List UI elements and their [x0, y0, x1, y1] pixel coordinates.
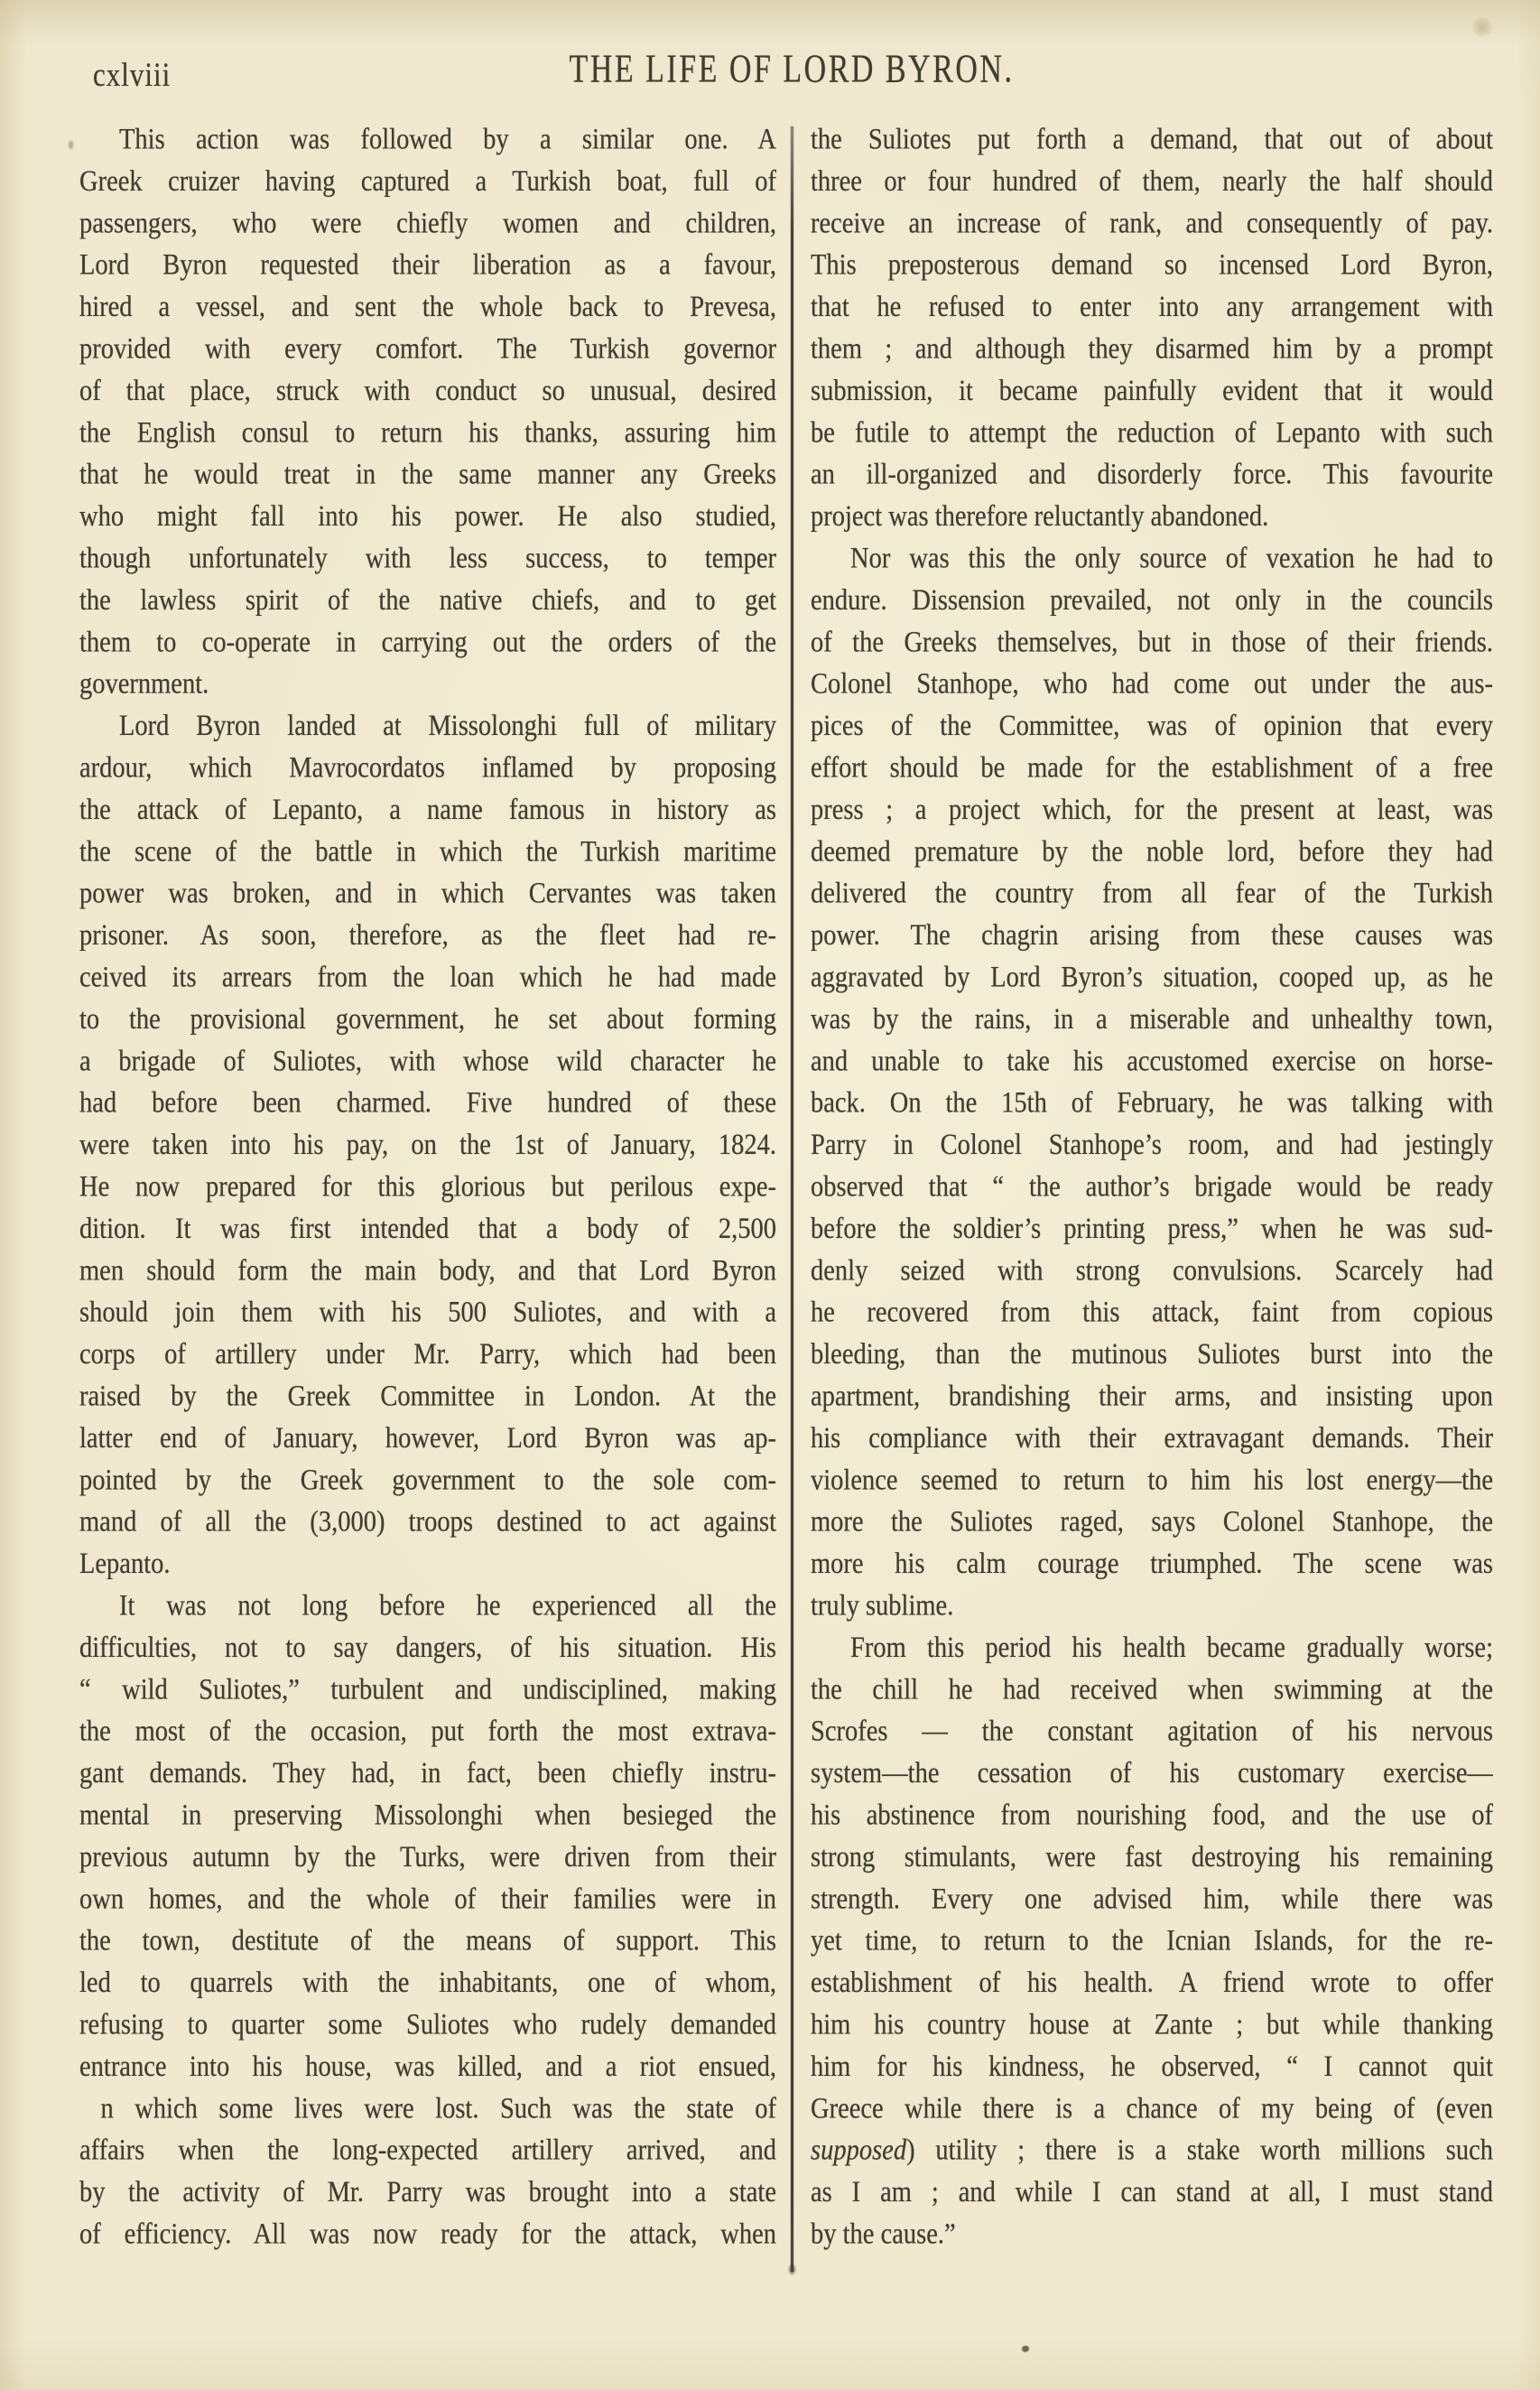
page-number: cxlviii	[93, 56, 171, 94]
text-line: the chill he had received when swimming …	[811, 1669, 1493, 1711]
text-line: Parry in Colonel Stanhope’s room, and ha…	[811, 1125, 1493, 1167]
text-line: previous autumn by the Turks, were drive…	[79, 1837, 776, 1878]
text-line: deemed premature by the noble lord, befo…	[811, 832, 1493, 873]
text-line: delivered the country from all fear of t…	[811, 873, 1493, 915]
text-line: passengers, who were chiefly women and c…	[79, 203, 776, 245]
text-line: an ill-organized and disorderly force. T…	[811, 454, 1493, 496]
text-line: Greek cruizer having captured a Turkish …	[79, 161, 776, 202]
text-line: This preposterous demand so incensed Lor…	[811, 245, 1493, 286]
text-line: by the cause.”	[811, 2214, 1493, 2255]
text-line: truly sublime.	[811, 1586, 1493, 1627]
text-line: them to co-operate in carrying out the o…	[79, 622, 776, 664]
text-line: the most of the occasion, put forth the …	[79, 1711, 776, 1753]
text-line: was by the rains, in a miserable and unh…	[811, 999, 1493, 1040]
text-line: though unfortunately with less success, …	[79, 538, 776, 580]
ink-speck-margin	[69, 141, 73, 149]
text-line: the town, destitute of the means of supp…	[79, 1920, 776, 1962]
text-line: of efficiency. All was now ready for the…	[79, 2214, 776, 2255]
text-line: more the Suliotes raged, says Colonel St…	[811, 1502, 1493, 1543]
text-line: mental in preserving Missolonghi when be…	[79, 1795, 776, 1837]
text-line: Colonel Stanhope, who had come out under…	[811, 664, 1493, 705]
text-line: This action was followed by a similar on…	[79, 119, 776, 161]
text-line: the lawless spirit of the native chiefs,…	[79, 580, 776, 621]
text-line: his abstinence from nourishing food, and…	[811, 1795, 1493, 1837]
text-line: men should form the main body, and that …	[79, 1251, 776, 1292]
text-line: more his calm courage triumphed. The sce…	[811, 1544, 1493, 1586]
text-column-left: This action was followed by a similar on…	[79, 119, 776, 2255]
text-line: power. The chagrin arising from these ca…	[811, 916, 1493, 957]
text-column-right: the Suliotes put forth a demand, that ou…	[811, 119, 1493, 2255]
text-line: dition. It was first intended that a bod…	[79, 1208, 776, 1250]
text-line: violence seemed to return to him his los…	[811, 1460, 1493, 1502]
text-line: be futile to attempt the reduction of Le…	[811, 413, 1493, 454]
column-divider-rule	[791, 126, 793, 2272]
text-line: project was therefore reluctantly abando…	[811, 497, 1493, 538]
text-line: establishment of his health. A friend wr…	[811, 1963, 1493, 2004]
text-line: receive an increase of rank, and consequ…	[811, 203, 1493, 245]
text-line: three or four hundred of them, nearly th…	[811, 161, 1493, 202]
text-line: a brigade of Suliotes, with whose wild c…	[79, 1041, 776, 1083]
text-line: before the soldier’s printing press,” wh…	[811, 1208, 1493, 1250]
text-line: “ wild Suliotes,” turbulent and undiscip…	[79, 1669, 776, 1711]
text-line: Nor was this the only source of vexation…	[811, 538, 1493, 580]
text-line: From this period his health became gradu…	[811, 1627, 1493, 1669]
text-line: latter end of January, however, Lord Byr…	[79, 1418, 776, 1459]
text-line: refusing to quarter some Suliotes who ru…	[79, 2004, 776, 2046]
text-line: Greece while there is a chance of my bei…	[811, 2088, 1493, 2130]
text-line: had before been charmed. Five hundred of…	[79, 1083, 776, 1124]
text-line: Lord Byron requested their liberation as…	[79, 245, 776, 286]
text-line: by the activity of Mr. Parry was brought…	[79, 2172, 776, 2214]
text-line: pointed by the Greek government to the s…	[79, 1460, 776, 1502]
text-line: of the Greeks themselves, but in those o…	[811, 622, 1493, 664]
text-line: effort should be made for the establishm…	[811, 748, 1493, 789]
text-line: submission, it became painfully evident …	[811, 370, 1493, 412]
ink-speck-bottom	[1022, 2346, 1029, 2352]
text-line: yet time, to return to the Icnian Island…	[811, 1920, 1493, 1962]
text-line: difficulties, not to say dangers, of his…	[79, 1627, 776, 1669]
text-line: to the provisional government, he set ab…	[79, 999, 776, 1040]
column-divider-tip	[789, 2264, 795, 2274]
text-line: his compliance with their extravagant de…	[811, 1418, 1493, 1459]
text-line: Scrofes — the constant agitation of his …	[811, 1711, 1493, 1753]
text-line: denly seized with strong convulsions. Sc…	[811, 1251, 1493, 1292]
text-line: who might fall into his power. He also s…	[79, 497, 776, 538]
text-line: hired a vessel, and sent the whole back …	[79, 287, 776, 329]
text-line: He now prepared for this glorious but pe…	[79, 1167, 776, 1208]
text-line: endure. Dissension prevailed, not only i…	[811, 580, 1493, 621]
text-line: mand of all the (3,000) troops destined …	[79, 1502, 776, 1543]
text-line: pices of the Committee, was of opinion t…	[811, 706, 1493, 748]
italic-text-segment: supposed	[811, 2134, 906, 2167]
text-line: system—the cessation of his customary ex…	[811, 1753, 1493, 1795]
text-line: corps of artillery under Mr. Parry, whic…	[79, 1334, 776, 1376]
text-line: prisoner. As soon, therefore, as the fle…	[79, 916, 776, 957]
text-line: them ; and although they disarmed him by…	[811, 329, 1493, 370]
text-line: press ; a project which, for the present…	[811, 789, 1493, 831]
text-line: that he refused to enter into any arrang…	[811, 287, 1493, 329]
text-line: Lord Byron landed at Missolonghi full of…	[79, 706, 776, 748]
text-line: he recovered from this attack, faint fro…	[811, 1292, 1493, 1334]
text-line: him for his kindness, he observed, “ I c…	[811, 2046, 1493, 2088]
text-line: that he would treat in the same manner a…	[79, 454, 776, 496]
text-line: the Suliotes put forth a demand, that ou…	[811, 119, 1493, 161]
text-line: Lepanto.	[79, 1544, 776, 1586]
text-line: him his country house at Zante ; but whi…	[811, 2004, 1493, 2046]
text-line: aggravated by Lord Byron’s situation, co…	[811, 957, 1493, 999]
scanned-book-page: cxlviii THE LIFE OF LORD BYRON. This act…	[0, 0, 1540, 2390]
text-line: entrance into his house, was killed, and…	[79, 2046, 776, 2088]
text-line: apartment, brandishing their arms, and i…	[811, 1376, 1493, 1418]
text-line: as I am ; and while I can stand at all, …	[811, 2172, 1493, 2214]
text-line: back. On the 15th of February, he was ta…	[811, 1083, 1493, 1124]
text-line: gant demands. They had, in fact, been ch…	[79, 1753, 776, 1795]
text-line: the English consul to return his thanks,…	[79, 413, 776, 454]
text-line: own homes, and the whole of their famili…	[79, 1879, 776, 1920]
text-line: the attack of Lepanto, a name famous in …	[79, 789, 776, 831]
text-line: observed that “ the author’s brigade wou…	[811, 1167, 1493, 1208]
text-line: provided with every comfort. The Turkish…	[79, 329, 776, 370]
text-line: power was broken, and in which Cervantes…	[79, 873, 776, 915]
text-line: ceived its arrears from the loan which h…	[79, 957, 776, 999]
text-line: should join them with his 500 Suliotes, …	[79, 1292, 776, 1334]
text-line: affairs when the long-expected artillery…	[79, 2130, 776, 2171]
text-line: supposed) utility ; there is a stake wor…	[811, 2130, 1493, 2171]
text-line: were taken into his pay, on the 1st of J…	[79, 1125, 776, 1167]
text-line: It was not long before he experienced al…	[79, 1586, 776, 1627]
page-title: THE LIFE OF LORD BYRON.	[570, 47, 1015, 92]
text-line: strength. Every one advised him, while t…	[811, 1879, 1493, 1920]
text-line: the scene of the battle in which the Tur…	[79, 832, 776, 873]
text-line: raised by the Greek Committee in London.…	[79, 1376, 776, 1418]
text-line: ardour, which Mavrocordatos inflamed by …	[79, 748, 776, 789]
text-line: and unable to take his accustomed exerci…	[811, 1041, 1493, 1083]
text-line: led to quarrels with the inhabitants, on…	[79, 1963, 776, 2004]
text-line: government.	[79, 664, 776, 705]
text-line: n which some lives were lost. Such was t…	[79, 2088, 776, 2130]
text-segment: ) utility ; there is a stake worth milli…	[906, 2134, 1493, 2167]
text-line: bleeding, than the mutinous Suliotes bur…	[811, 1334, 1493, 1376]
text-line: of that place, struck with conduct so un…	[79, 370, 776, 412]
text-line: strong stimulants, were fast destroying …	[811, 1837, 1493, 1878]
